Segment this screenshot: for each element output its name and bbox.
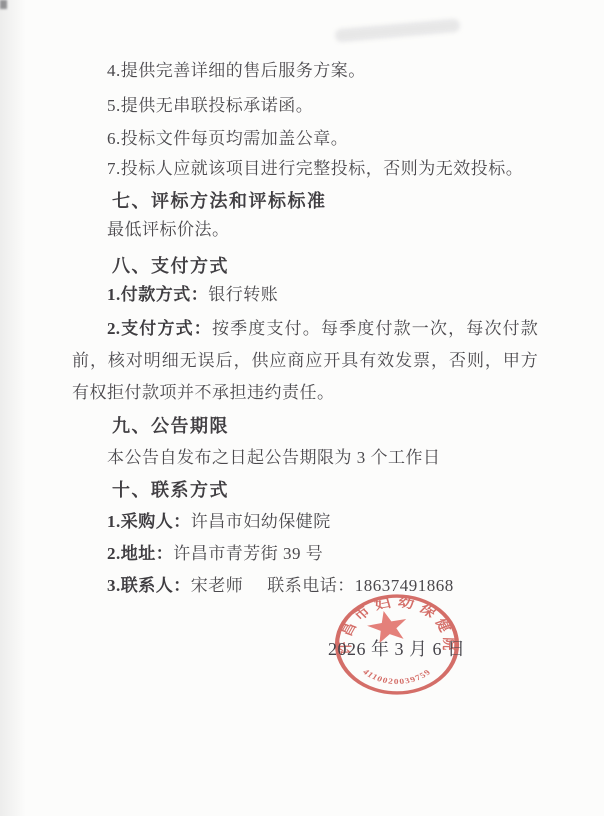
payment-terms-line-3: 有权拒付款项并不承担违约责任。 bbox=[72, 381, 335, 405]
document-date: 2026 年 3 月 6 日 bbox=[328, 637, 466, 661]
section-heading-notice-period: 九、公告期限 bbox=[112, 414, 229, 438]
contact-person-name: 宋老师 bbox=[191, 576, 244, 595]
list-item-4: 4.提供完善详细的售后服务方案。 bbox=[107, 59, 366, 83]
scan-edge-shadow bbox=[0, 0, 26, 816]
payment-method-label: 1.付款方式： bbox=[107, 285, 208, 304]
payment-terms-line-2: 前，核对明细无误后，供应商应开具有效发票，否则，甲方 bbox=[72, 349, 538, 373]
section-heading-payment: 八、支付方式 bbox=[112, 254, 229, 278]
address-line: 2.地址：许昌市青芳街 39 号 bbox=[107, 542, 323, 566]
scan-smudge-artifact bbox=[335, 19, 461, 43]
purchaser-line: 1.采购人：许昌市妇幼保健院 bbox=[107, 510, 331, 534]
section-heading-contact: 十、联系方式 bbox=[112, 478, 229, 502]
payment-terms-line-1: 2.支付方式：按季度支付。每季度付款一次，每次付款 bbox=[72, 317, 538, 341]
list-item-7: 7.投标人应就该项目进行完整投标，否则为无效投标。 bbox=[107, 157, 523, 181]
address-value: 许昌市青芳街 39 号 bbox=[173, 544, 323, 563]
payment-terms-label: 2.支付方式： bbox=[107, 319, 212, 338]
notice-period-text: 本公告自发布之日起公告期限为 3 个工作日 bbox=[107, 446, 441, 470]
address-label: 2.地址： bbox=[107, 544, 173, 563]
scan-speck-artifact bbox=[0, 0, 7, 9]
payment-method-value: 银行转账 bbox=[208, 285, 278, 304]
contact-person-label: 3.联系人： bbox=[107, 576, 191, 595]
purchaser-label: 1.采购人： bbox=[107, 512, 191, 531]
payment-terms-text-1: 按季度支付。每季度付款一次，每次付款 bbox=[212, 319, 538, 338]
list-item-5: 5.提供无串联投标承诺函。 bbox=[107, 94, 313, 118]
document-page: 4.提供完善详细的售后服务方案。 5.提供无串联投标承诺函。 6.投标文件每页均… bbox=[0, 0, 604, 816]
payment-method-line: 1.付款方式：银行转账 bbox=[107, 283, 278, 307]
list-item-6: 6.投标文件每页均需加盖公章。 bbox=[107, 127, 348, 151]
section-heading-evaluation: 七、评标方法和评标标准 bbox=[112, 189, 327, 213]
seal-registration-number: 4110020039759 bbox=[361, 667, 433, 686]
purchaser-name: 许昌市妇幼保健院 bbox=[191, 512, 331, 531]
evaluation-method-text: 最低评标价法。 bbox=[107, 218, 230, 242]
